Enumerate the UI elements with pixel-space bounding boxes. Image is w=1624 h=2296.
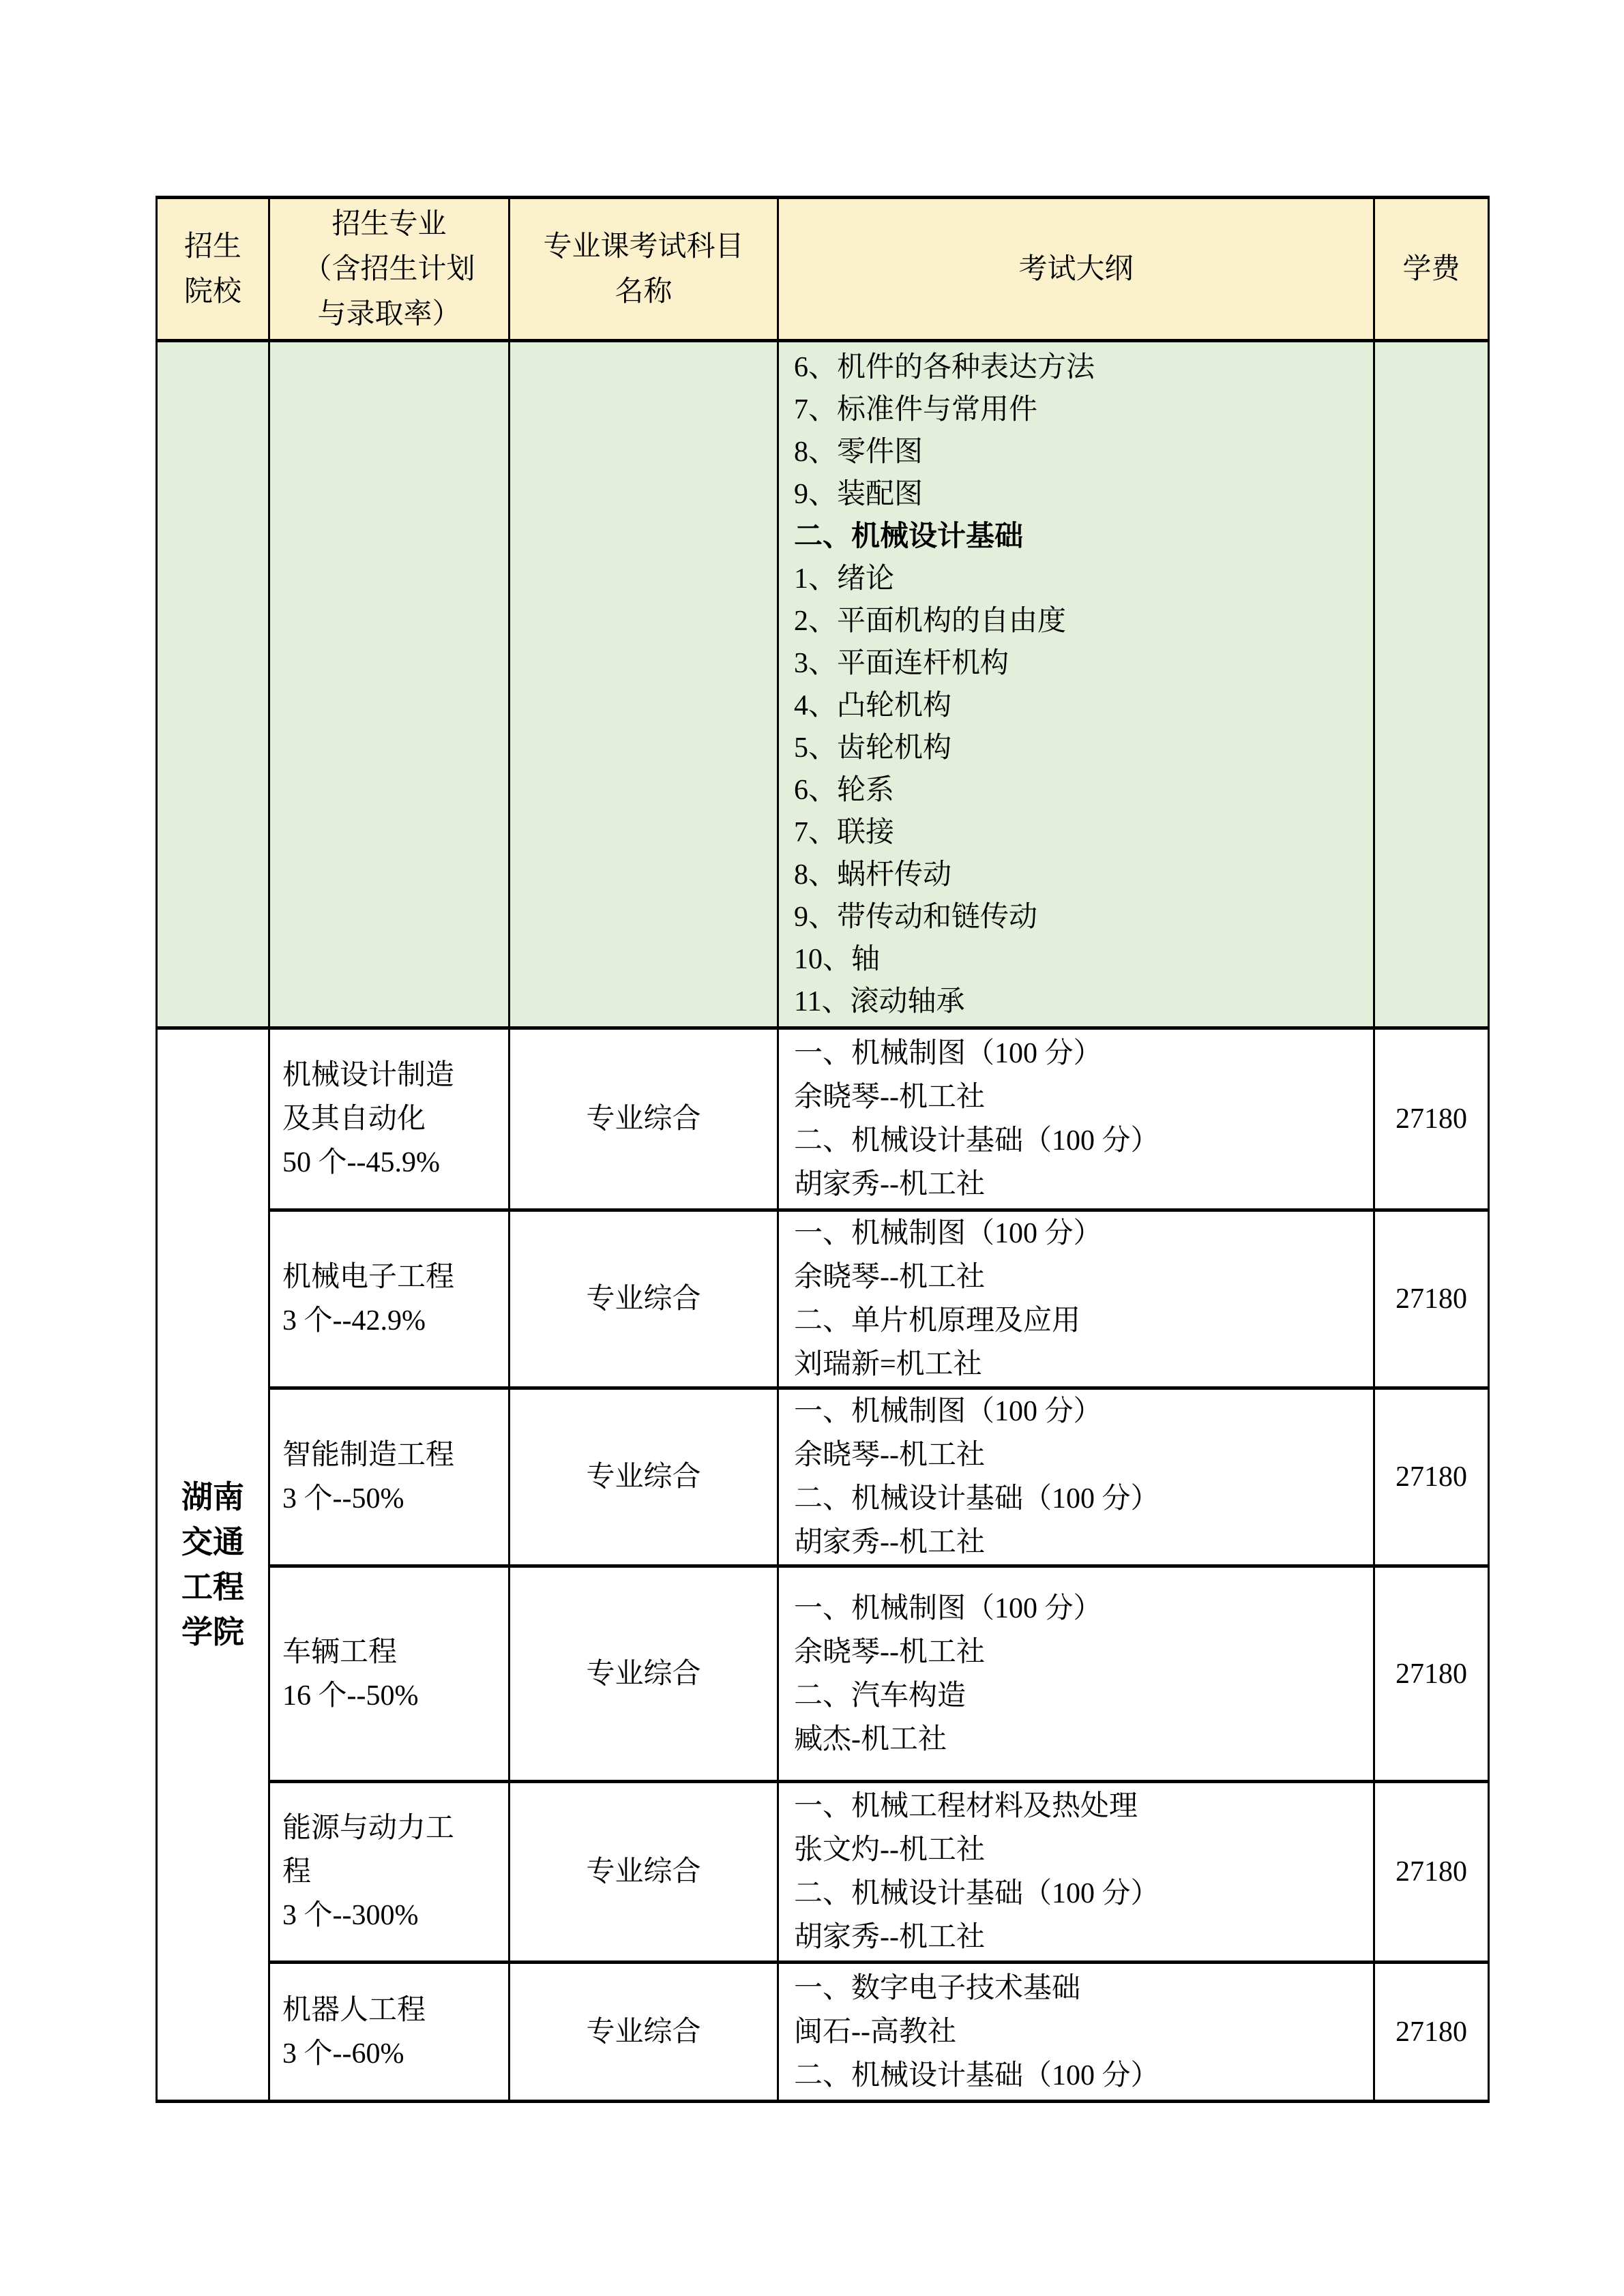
subject-cell: 专业综合 xyxy=(510,1388,778,1566)
header-cell-tuition: 学费 xyxy=(1374,198,1489,341)
table-row: 湖南 交通 工程 学院 机械设计制造 及其自动化 50 个--45.9% 专业综… xyxy=(157,1028,1489,1210)
major-cell: 机器人工程 3 个--60% xyxy=(269,1963,510,2102)
tuition-cell: 27180 xyxy=(1374,1566,1489,1782)
major-cell: 车辆工程 16 个--50% xyxy=(269,1566,510,1782)
major-cell: 智能制造工程 3 个--50% xyxy=(269,1388,510,1566)
outline-line: 4、凸轮机构 xyxy=(794,685,1369,727)
outline-cell: 一、机械制图（100 分） 余晓琴--机工社 二、单片机原理及应用 刘瑞新=机工… xyxy=(778,1210,1374,1388)
outline-line: 1、绪论 xyxy=(794,558,1369,600)
table-row: 智能制造工程 3 个--50% 专业综合 一、机械制图（100 分） 余晓琴--… xyxy=(157,1388,1489,1566)
outline-cell: 一、机械制图（100 分） 余晓琴--机工社 二、机械设计基础（100 分） 胡… xyxy=(778,1028,1374,1210)
college-name-cell: 湖南 交通 工程 学院 xyxy=(157,1028,269,2102)
outline-line: 二、机械设计基础 xyxy=(794,516,1369,558)
outline-line: 7、联接 xyxy=(794,811,1369,854)
subject-cell: 专业综合 xyxy=(510,1963,778,2102)
outline-line: 6、机件的各种表达方法 xyxy=(794,346,1369,389)
tuition-cell: 27180 xyxy=(1374,1028,1489,1210)
outline-cell: 一、数字电子技术基础 闽石--高教社 二、机械设计基础（100 分） xyxy=(778,1963,1374,2102)
table-row: 车辆工程 16 个--50% 专业综合 一、机械制图（100 分） 余晓琴--机… xyxy=(157,1566,1489,1782)
major-cell: 机械设计制造 及其自动化 50 个--45.9% xyxy=(269,1028,510,1210)
header-cell-outline: 考试大纲 xyxy=(778,198,1374,341)
major-cell: 能源与动力工 程 3 个--300% xyxy=(269,1782,510,1963)
outline-continuation-row: 6、机件的各种表达方法7、标准件与常用件8、零件图9、装配图二、机械设计基础1、… xyxy=(157,341,1489,1028)
major-cell: 机械电子工程 3 个--42.9% xyxy=(269,1210,510,1388)
outline-line: 2、平面机构的自由度 xyxy=(794,600,1369,642)
outline-continuation-cell: 6、机件的各种表达方法7、标准件与常用件8、零件图9、装配图二、机械设计基础1、… xyxy=(778,341,1374,1028)
outline-line: 10、轴 xyxy=(794,938,1369,981)
empty-school-cell xyxy=(157,341,269,1028)
table-row: 机械电子工程 3 个--42.9% 专业综合 一、机械制图（100 分） 余晓琴… xyxy=(157,1210,1489,1388)
empty-tuition-cell xyxy=(1374,341,1489,1028)
tuition-cell: 27180 xyxy=(1374,1963,1489,2102)
tuition-cell: 27180 xyxy=(1374,1782,1489,1963)
header-cell-subject: 专业课考试科目 名称 xyxy=(510,198,778,341)
outline-line: 6、轮系 xyxy=(794,769,1369,811)
outline-line: 3、平面连杆机构 xyxy=(794,642,1369,685)
outline-line: 8、零件图 xyxy=(794,431,1369,473)
admissions-table: 招生 院校 招生专业 （含招生计划 与录取率） 专业课考试科目 名称 考试大纲 … xyxy=(156,196,1490,2103)
table-row: 能源与动力工 程 3 个--300% 专业综合 一、机械工程材料及热处理 张文灼… xyxy=(157,1782,1489,1963)
tuition-cell: 27180 xyxy=(1374,1210,1489,1388)
header-cell-major: 招生专业 （含招生计划 与录取率） xyxy=(269,198,510,341)
outline-line: 11、滚动轴承 xyxy=(794,981,1369,1023)
subject-cell: 专业综合 xyxy=(510,1028,778,1210)
tuition-cell: 27180 xyxy=(1374,1388,1489,1566)
table-row: 机器人工程 3 个--60% 专业综合 一、数字电子技术基础 闽石--高教社 二… xyxy=(157,1963,1489,2102)
subject-cell: 专业综合 xyxy=(510,1566,778,1782)
subject-cell: 专业综合 xyxy=(510,1782,778,1963)
document-page: 招生 院校 招生专业 （含招生计划 与录取率） 专业课考试科目 名称 考试大纲 … xyxy=(0,0,1624,2296)
empty-major-cell xyxy=(269,341,510,1028)
outline-cell: 一、机械工程材料及热处理 张文灼--机工社 二、机械设计基础（100 分） 胡家… xyxy=(778,1782,1374,1963)
outline-cell: 一、机械制图（100 分） 余晓琴--机工社 二、机械设计基础（100 分） 胡… xyxy=(778,1388,1374,1566)
outline-line: 9、装配图 xyxy=(794,473,1369,516)
outline-line: 5、齿轮机构 xyxy=(794,727,1369,769)
outline-line: 8、蜗杆传动 xyxy=(794,854,1369,896)
outline-line: 9、带传动和链传动 xyxy=(794,896,1369,938)
empty-subject-cell xyxy=(510,341,778,1028)
subject-cell: 专业综合 xyxy=(510,1210,778,1388)
outline-line: 7、标准件与常用件 xyxy=(794,389,1369,431)
outline-cell: 一、机械制图（100 分） 余晓琴--机工社 二、汽车构造 臧杰-机工社 xyxy=(778,1566,1374,1782)
header-cell-school: 招生 院校 xyxy=(157,198,269,341)
header-row: 招生 院校 招生专业 （含招生计划 与录取率） 专业课考试科目 名称 考试大纲 … xyxy=(157,198,1489,341)
